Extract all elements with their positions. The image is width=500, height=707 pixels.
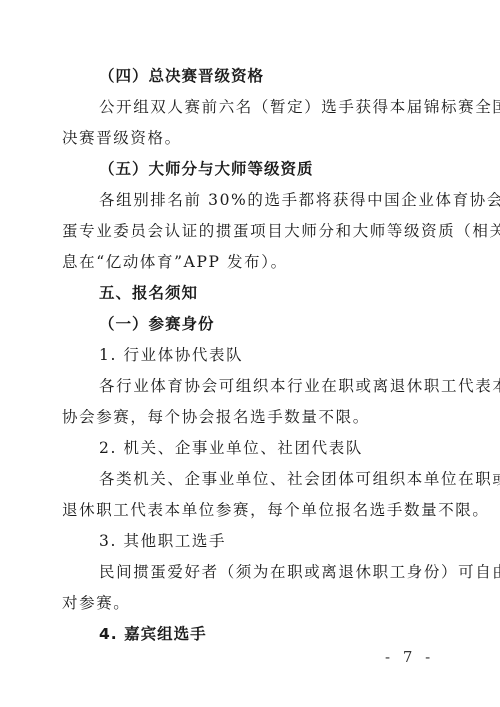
paragraph-line: 息在“亿动体育”APP 发布）。 <box>0 252 500 272</box>
paragraph-line: 蛋专业委员会认证的掼蛋项目大师分和大师等级资质（相关信 <box>0 221 500 241</box>
paragraph-line: 对参赛。 <box>0 593 500 613</box>
paragraph-line: 各组别排名前 30%的选手都将获得中国企业体育协会掼 <box>0 190 500 210</box>
paragraph-line: 退休职工代表本单位参赛，每个单位报名选手数量不限。 <box>0 500 500 520</box>
paragraph-line: 各类机关、企事业单位、社会团体可组织本单位在职或离 <box>0 469 500 489</box>
paragraph-line: 公开组双人赛前六名（暂定）选手获得本届锦标赛全国总 <box>0 97 500 117</box>
heading-finals-qualification: （四）总决赛晋级资格 <box>0 66 500 86</box>
subheading-guest-players: 4. 嘉宾组选手 <box>0 624 500 644</box>
paragraph-line: 决赛晋级资格。 <box>0 128 500 148</box>
subheading-other-players: 3. 其他职工选手 <box>0 531 500 551</box>
heading-participant-identity: （一）参赛身份 <box>0 314 500 334</box>
page-number: - 7 - <box>385 648 434 666</box>
subheading-industry-team: 1. 行业体协代表队 <box>0 345 500 365</box>
paragraph-line: 协会参赛，每个协会报名选手数量不限。 <box>0 407 500 427</box>
subheading-institution-team: 2. 机关、企事业单位、社团代表队 <box>0 438 500 458</box>
heading-master-points: （五）大师分与大师等级资质 <box>0 159 500 179</box>
paragraph-line: 各行业体育协会可组织本行业在职或离退休职工代表本 <box>0 376 500 396</box>
section-heading-registration: 五、报名须知 <box>0 283 500 303</box>
paragraph-line: 民间掼蛋爱好者（须为在职或离退休职工身份）可自由组 <box>0 562 500 582</box>
